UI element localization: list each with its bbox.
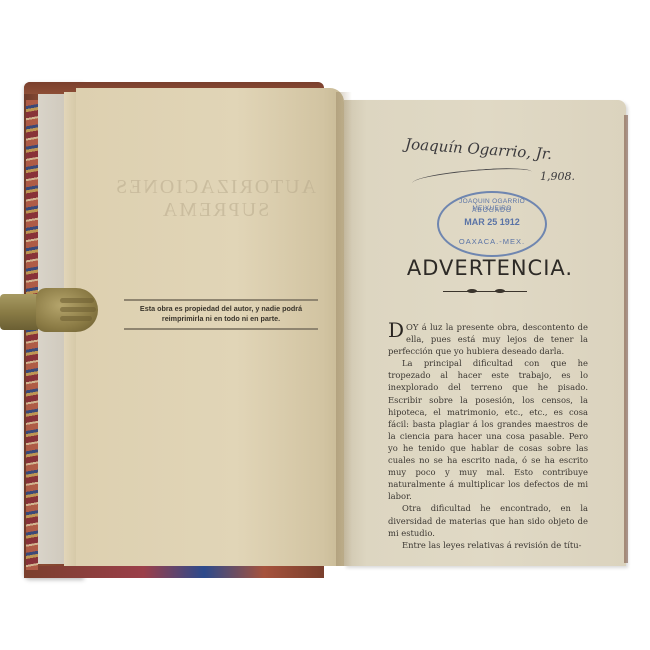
page-heading: ADVERTENCIA. (380, 256, 600, 280)
ink-stamp: JOAQUIN OGARRIO MEIXUEIRO ABOGADO MAR 25… (437, 191, 547, 257)
brass-clasp-arm (0, 294, 40, 330)
left-page (76, 88, 344, 566)
cover-bottom-edge (24, 566, 324, 578)
notice-rule-top (124, 299, 318, 301)
stamp-city: OAXACA.-MEX. (439, 237, 545, 246)
paragraph-4: Entre las leyes relativas á revisión de … (388, 539, 588, 551)
notice-line-1: Esta obra es propiedad del autor, y nadi… (124, 304, 318, 314)
body-text: DOY á luz la presente obra, descontento … (388, 321, 588, 551)
paragraph-1: OY á luz la presente obra, descontento d… (388, 322, 588, 356)
paragraph-3: Otra dificultad he encontrado, en la div… (388, 502, 588, 538)
ornamental-rule (443, 291, 527, 295)
right-board-edge (624, 115, 628, 563)
copyright-notice: Esta obra es propiedad del autor, y nadi… (124, 304, 318, 323)
stamp-date: MAR 25 1912 (439, 217, 545, 227)
marbled-endpaper-strip (26, 100, 38, 570)
signature-year: 1,908. (540, 170, 575, 183)
brass-hand-clasp-icon (36, 288, 98, 332)
show-through-title: AUTORIZACIONES SUPREMA (100, 176, 330, 222)
drop-cap: D (388, 321, 404, 339)
gutter-shadow (336, 92, 352, 566)
book-photo: AUTORIZACIONES SUPREMA Esta obra es prop… (0, 0, 650, 650)
stamp-role: ABOGADO (439, 207, 545, 214)
notice-line-2: reimprimirla ni en todo ni en parte. (124, 314, 318, 324)
notice-rule-bottom (124, 328, 318, 330)
paragraph-2: La principal dificultad con que he trope… (388, 357, 588, 502)
clasp-finger (60, 316, 92, 321)
clasp-finger (60, 307, 96, 312)
clasp-finger (60, 298, 94, 303)
